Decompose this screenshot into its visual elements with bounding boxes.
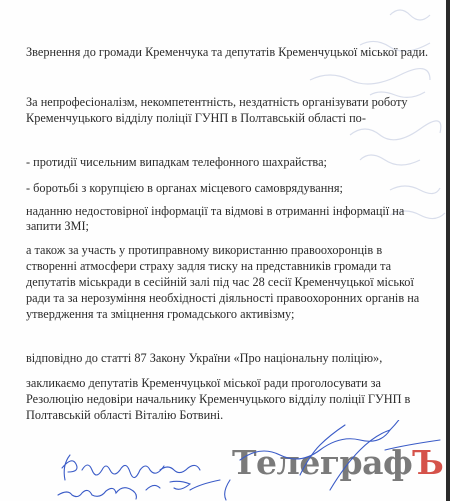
list-item-session-line-4: ради та за нерозуміння необхідності діял… [26,290,419,306]
list-item-corruption: - боротьбі з корупцією в органах місцево… [26,180,343,196]
list-item-information-line-1: наданню недостовірної інформації та відм… [26,203,404,219]
list-item-session-line-2: створенні атмосфери страху задля тиску н… [26,258,391,274]
list-item-information-line-2: запити ЗМІ; [26,218,89,234]
call-line-1: закликаємо депутатів Кременчуцької міськ… [26,375,381,391]
call-line-2: Резолюцію недовіри начальнику Кременчуць… [26,391,410,407]
call-line-3: Полтавській області Віталію Ботвині. [26,407,223,423]
list-item-session-line-1: а також за участь у протиправному викори… [26,242,382,258]
list-item-session-line-5: утвердження та зміцнення громадського ак… [26,306,294,322]
scanned-document-page: Звернення до громади Кременчука та депут… [0,0,446,501]
law-reference: відповідно до статті 87 Закону України «… [26,350,382,366]
intro-line-2: Кременчуцького відділу поліції ГУНП в По… [26,110,366,126]
watermark-accent-letter: Ъ [412,443,443,482]
list-item-session-line-3: депутатів міськради в сесійній залі під … [26,274,414,290]
intro-line-1: За непрофесіоналізм, некомпетентність, н… [26,94,408,110]
telegraf-watermark-logo: ТелеграфЪ [232,443,443,483]
list-item-fraud: - протидії чисельним випадкам телефонног… [26,154,327,170]
document-title: Звернення до громади Кременчука та депут… [26,44,428,60]
page-edge-border [446,0,450,501]
watermark-main-text: Телеграф [232,443,412,482]
